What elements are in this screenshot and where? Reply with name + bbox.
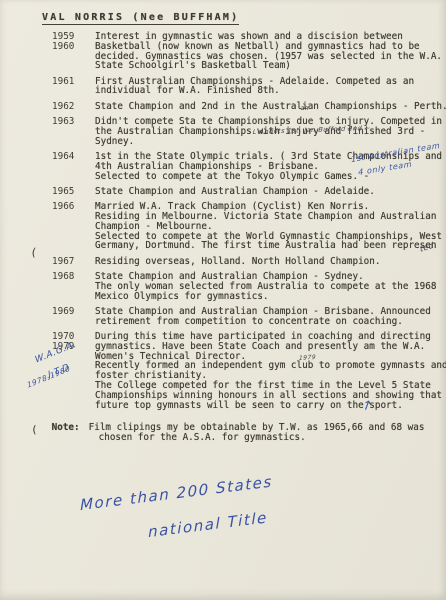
entry-year: 1965 (52, 187, 95, 197)
entry-year: 1961 (52, 77, 95, 87)
entry-year-column: 1963 (52, 117, 95, 146)
entry-text: State Champion and Australian Champion -… (95, 307, 446, 327)
entry-year-column: 1967 (52, 257, 95, 267)
entry-year-column: 1969 (52, 307, 95, 327)
timeline-entry: 1963Didn't compete Sta te Championships … (52, 117, 446, 146)
note-lines: Film clipings my be obtainable by T.W. a… (89, 423, 425, 443)
entry-line: future top gymnasts will be seen to carr… (95, 401, 446, 411)
entry-year-column: 1962 (52, 102, 95, 112)
entry-line: Mexico Olympics for gymnastics. (95, 292, 446, 302)
entry-year: 1960 (52, 42, 95, 52)
timeline-entry: 1969State Champion and Australian Champi… (52, 307, 446, 327)
entry-text: Residing overseas, Holland. North Hollan… (95, 257, 446, 267)
entry-text: State Champion and 2nd in the Australian… (95, 102, 446, 112)
entry-text: First Australian Championships - Adelaid… (95, 77, 446, 97)
document-page: VAL NORRIS (Nee BUFFHAM) 19591960Interes… (0, 0, 446, 600)
margin-paren-note: ( (31, 423, 38, 443)
entry-year: 1969 (52, 307, 95, 317)
timeline-entry: 19701979During this time have participat… (52, 332, 446, 410)
timeline-entry: 1965State Champion and Australian Champi… (52, 187, 446, 197)
entry-text: State Champion and Australian Champion -… (95, 272, 446, 301)
timeline-entry: 1962State Champion and 2nd in the Austra… (52, 102, 446, 112)
handwritten-more-than-200: More than 200 States (80, 472, 273, 514)
margin-paren-1967: ( (30, 246, 38, 259)
entry-year: 1968 (52, 272, 95, 282)
entry-line: State Champion and Australian Champion -… (95, 187, 446, 197)
entry-year-column: 19591960 (52, 32, 95, 71)
page-title: VAL NORRIS (Nee BUFFHAM) (42, 12, 239, 25)
entry-year-column: 1964 (52, 152, 95, 181)
typed-insert-an: an (300, 104, 309, 112)
note-label: Note: (52, 423, 80, 443)
entry-line: Germany, Dortmund. The first time Austra… (95, 241, 446, 251)
note-block: ( Note: Film clipings my be obtainable b… (31, 423, 446, 443)
entry-line: Sydney. (95, 137, 446, 147)
entry-line: individual for W.A. Finished 8th. (95, 86, 446, 96)
timeline-entry: 1967Residing overseas, Holland. North Ho… (52, 257, 446, 267)
entry-line: State Champion and 2nd in the Australian… (95, 102, 446, 112)
entry-line: Selected to compete at the Tokyo Olympic… (95, 172, 446, 182)
entry-text: Interest in gymnastic was shown and a di… (95, 32, 446, 71)
entry-text: During this time have participated in co… (95, 332, 446, 410)
entry-year: 1966 (52, 202, 95, 212)
entry-year-column: 1961 (52, 77, 95, 97)
timeline-entry: 1966Married W.A. Track Champion (Cyclist… (52, 202, 446, 251)
handwritten-national-title: national Title (148, 508, 268, 541)
entry-text: State Champion and Australian Champion -… (95, 187, 446, 197)
entry-year-column: 1968 (52, 272, 95, 301)
timeline-entries: 19591960Interest in gymnastic was shown … (0, 32, 446, 410)
timeline-entry: 1968State Champion and Australian Champi… (52, 272, 446, 301)
entry-year-column: 1966 (52, 202, 95, 251)
handwritten-insert-1979: 1979 (299, 354, 316, 362)
entry-year-column: 1965 (52, 187, 95, 197)
entry-line: Residing overseas, Holland. North Hollan… (95, 257, 446, 267)
timeline-entry: 1961First Australian Championships - Ade… (52, 77, 446, 97)
timeline-entry: 19591960Interest in gymnastic was shown … (52, 32, 446, 71)
entry-line: State Schoolgirl's Basketball Team) (95, 61, 446, 71)
note-line: chosen for the A.S.A. for gymnastics. (89, 433, 425, 443)
entry-year: 1962 (52, 102, 95, 112)
entry-text: Married W.A. Track Champion (Cyclist) Ke… (95, 202, 446, 251)
entry-year: 1967 (52, 257, 95, 267)
entry-year: 1964 (52, 152, 95, 162)
entry-year: 1963 (52, 117, 95, 127)
entry-line: retirement from competition to concentra… (95, 317, 446, 327)
